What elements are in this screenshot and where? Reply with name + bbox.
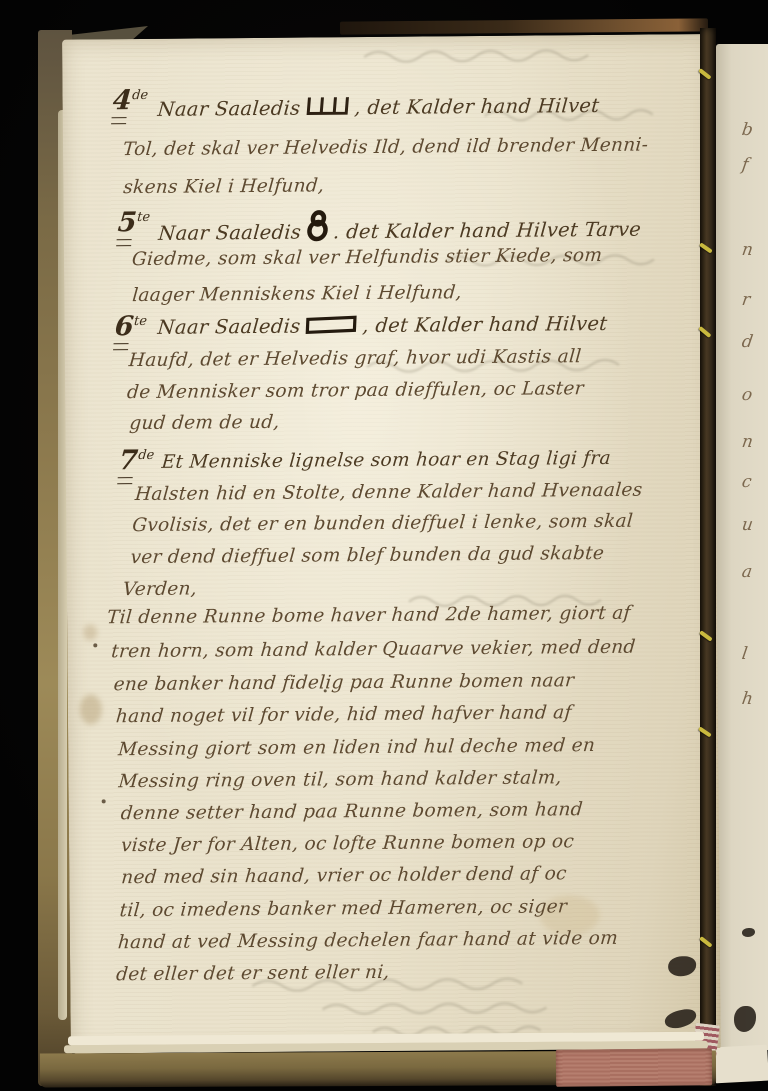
entry-number: 6 [114,311,135,342]
hell-grave-box-symbol [304,314,359,341]
paper-stain [80,694,102,724]
facing-text-fragment: b [741,120,755,140]
facing-text-fragment: h [741,689,755,709]
facing-page-corner [713,1045,768,1084]
facing-text-fragment: u [741,515,755,535]
manuscript-line: Messing giort som en liden ind hul deche… [117,735,596,760]
facing-text-fragment: f [741,155,750,175]
ink-smudge [734,1006,756,1032]
manuscript-line: ned med sin haand, vrier oc holder dend … [121,863,568,888]
marker-underline [113,343,129,350]
facing-text-fragment: r [741,290,752,310]
manuscript-line: skens Kiel i Helfund, [122,175,325,198]
manuscript-line: Giedme, som skal ver Helfundis stier Kie… [131,245,603,270]
entry-marker: 6te [113,311,148,350]
facing-text-fragment: l [741,644,749,664]
ink-speck [102,799,106,803]
manuscript-line: Naar Saaledis, det Kalder hand Hilvet [156,91,600,124]
entry-marker: 7de [117,445,155,484]
manuscript-line: Til denne Runne bome haver hand 2de hame… [106,603,631,629]
manuscript-line: tren horn, som hand kalder Quaarve vekie… [111,637,637,663]
facing-text-fragment: a [741,562,754,582]
manuscript-line: viste Jer for Alten, oc lofte Runne bome… [120,831,575,856]
ink-smudge [742,928,755,937]
ink-speck [93,643,97,647]
binding-gutter [700,28,716,1086]
hell-kettle-eight-symbol [304,209,331,246]
manuscript-line: Halsten hid en Stolte, denne Kalder hand… [134,480,643,505]
facing-page-sliver: b f n r d o n c u a l h [716,44,768,1050]
manuscript-line: gud dem de ud, [129,412,281,434]
entry-number-suffix: de [138,448,155,463]
marker-underline [117,477,133,484]
facing-text-fragment: d [741,332,755,352]
manuscript-line: hand at ved Messing dechelen faar hand a… [117,928,619,953]
entry-number: 7 [118,445,139,476]
facing-text-fragment: c [741,472,753,492]
bookmark-ribbon [556,1048,712,1087]
entry-number-suffix: te [133,314,147,329]
entry-marker: 5te [116,207,151,246]
manuscript-line: Et Menniske lignelse som hoar en Stag li… [161,448,612,473]
showthrough-ghost-line [320,997,580,1015]
manuscript-line: til, oc imedens banker med Hameren, oc s… [119,896,568,921]
manuscript-line: Naar Saaledis, det Kalder hand Hilvet [157,312,609,342]
manuscript-line: Verden, [122,579,198,601]
manuscript-line: denne setter hand paa Runne bomen, som h… [120,799,584,824]
facing-text-fragment: n [741,240,755,260]
entry-marker: 4de [111,85,149,124]
hell-gate-comb-symbol [303,93,351,122]
entry-number: 5 [117,207,138,238]
manuscript-page: 4de Naar Saaledis, det Kalder hand Hilve… [62,34,721,1054]
showthrough-ghost-line [362,45,622,63]
entry-number-suffix: te [137,210,151,225]
manuscript-line: de Mennisker som tror paa dieffulen, oc … [126,378,584,403]
entry-number-suffix: de [132,88,149,103]
manuscript-line: ver dend dieffuel som blef bunden da gud… [130,543,605,568]
manuscript-line: Haufd, det er Helvedis graf, hvor udi Ka… [128,346,582,371]
manuscript-line: hand noget vil for vide, hid med hafver … [115,702,572,727]
entry-number: 4 [112,85,133,116]
manuscript-line: ene banker hand fidelig paa Runne bomen … [113,670,575,695]
manuscript-line: Tol, det skal ver Helvedis Ild, dend ild… [122,135,649,161]
ink-smudge [663,1007,698,1031]
manuscript-line: Messing ring oven til, som hand kalder s… [118,767,563,792]
marker-underline [111,117,127,124]
manuscript-line: Gvolisis, det er en bunden dieffuel i le… [131,511,633,536]
ink-smudge [668,956,696,976]
manuscript-line: det eller det er sent eller ni, [115,962,390,985]
manuscript-line: Naar Saaledis. det Kalder hand Hilvet Ta… [157,207,643,248]
paper-stain [83,624,97,640]
marker-underline [116,239,132,246]
facing-text-fragment: n [741,432,755,452]
facing-text-fragment: o [741,385,754,405]
manuscript-line: laager Menniskens Kiel i Helfund, [131,282,462,306]
